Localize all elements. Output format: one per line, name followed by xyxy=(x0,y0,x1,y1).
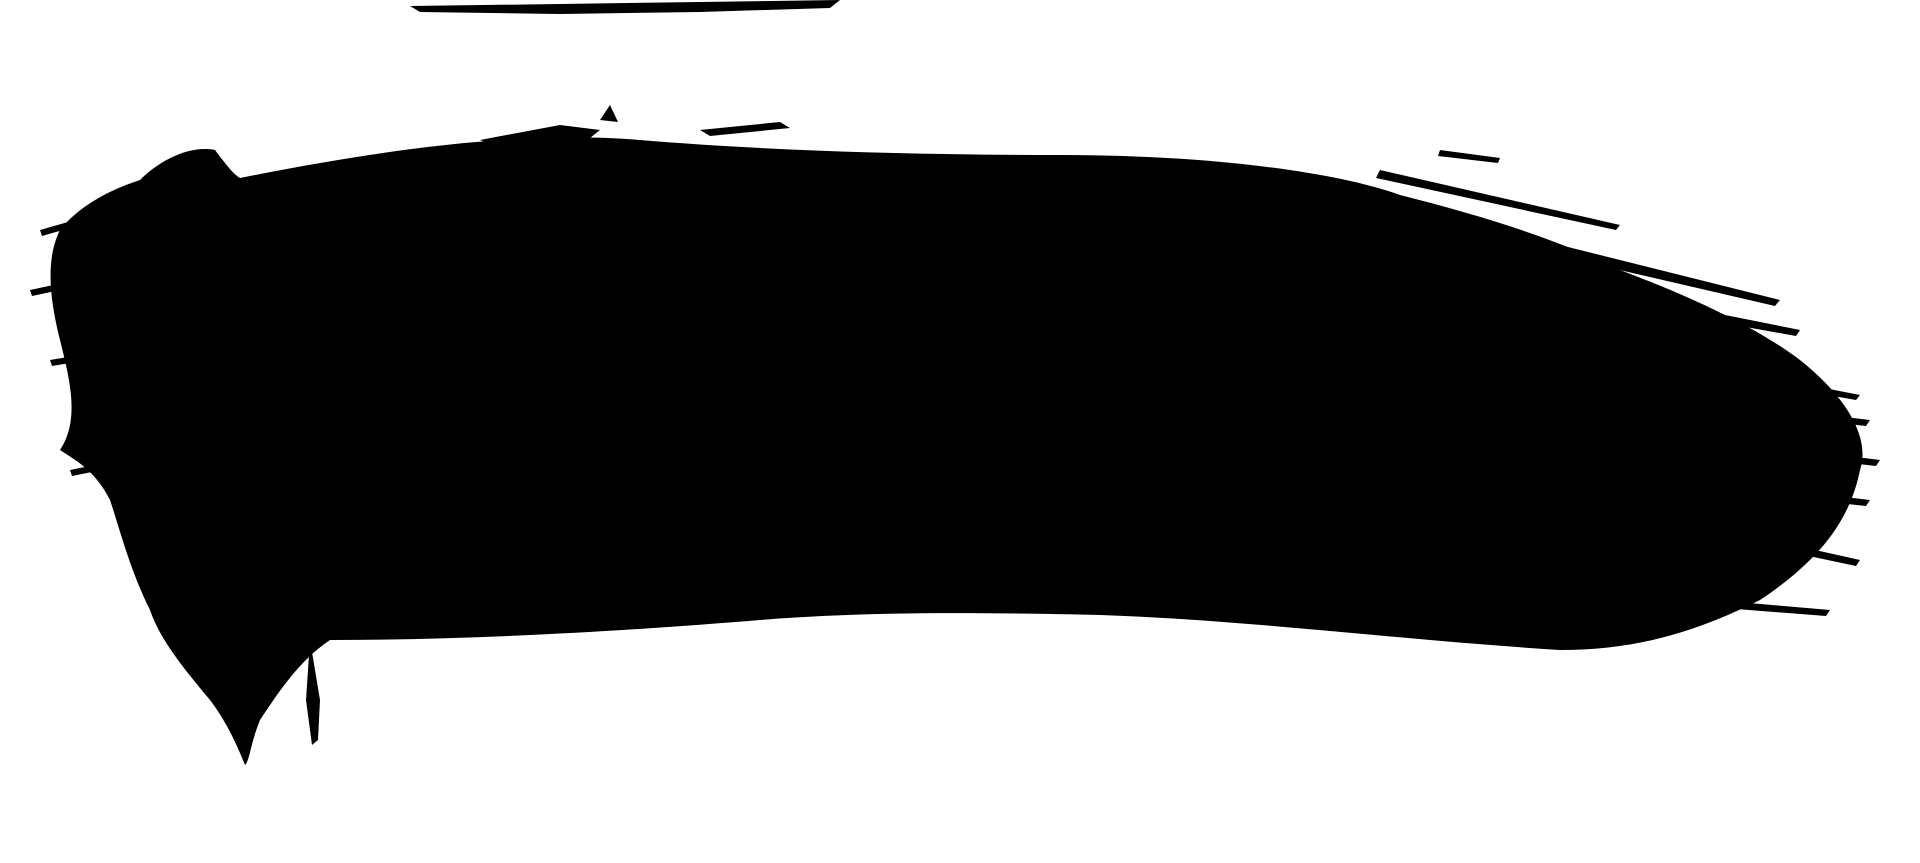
top-stroke-remnant xyxy=(410,0,840,14)
main-brush-stroke xyxy=(30,105,1880,765)
brush-stroke-artwork xyxy=(0,0,1920,863)
brush-stroke-canvas xyxy=(0,0,1920,863)
